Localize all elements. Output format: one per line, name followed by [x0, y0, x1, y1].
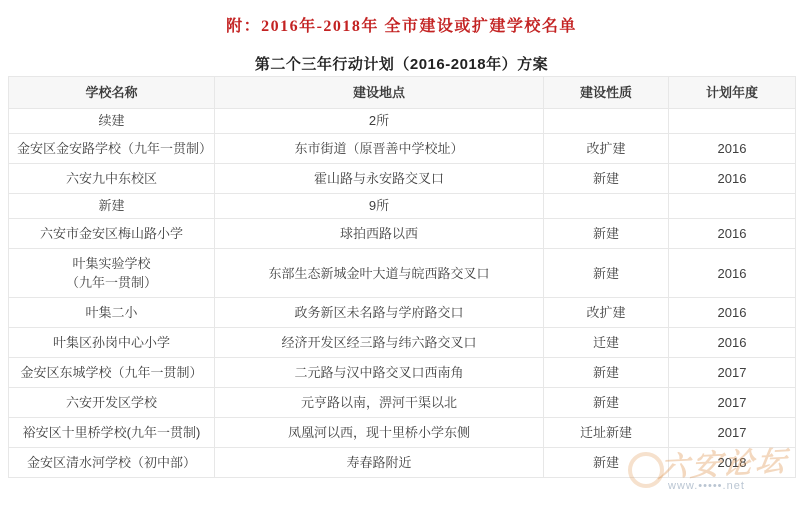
cell-year: 2016: [669, 164, 796, 194]
cell-nature: 新建: [544, 164, 669, 194]
cell-year: [669, 194, 796, 219]
table-row: 六安开发区学校元亨路以南，淠河干渠以北新建2017: [9, 388, 796, 418]
cell-year: 2017: [669, 418, 796, 448]
cell-location: 政务新区未名路与学府路交口: [215, 298, 544, 328]
cell-nature: 新建: [544, 358, 669, 388]
cell-location: 9所: [215, 194, 544, 219]
header-cell-3: 计划年度: [669, 77, 796, 109]
table-row: 六安九中东校区霍山路与永安路交叉口新建2016: [9, 164, 796, 194]
cell-location: 寿春路附近: [215, 448, 544, 478]
table-row: 金安区东城学校（九年一贯制）二元路与汉中路交叉口西南角新建2017: [9, 358, 796, 388]
cell-location: 2所: [215, 109, 544, 134]
page: { "page": { "title": "附：2016年-2018年 全市建设…: [0, 0, 803, 511]
cell-nature: 迁建: [544, 328, 669, 358]
cell-school-name: 金安区金安路学校（九年一贯制）: [9, 134, 215, 164]
cell-year: 2016: [669, 219, 796, 249]
cell-year: [669, 109, 796, 134]
cell-year: 2017: [669, 388, 796, 418]
table-row: 叶集二小政务新区未名路与学府路交口改扩建2016: [9, 298, 796, 328]
cell-year: 2016: [669, 328, 796, 358]
table-row: 叶集区孙岗中心小学经济开发区经三路与纬六路交叉口迁建2016: [9, 328, 796, 358]
header-cell-1: 建设地点: [215, 77, 544, 109]
cell-location: 球拍西路以西: [215, 219, 544, 249]
cell-nature: 新建: [544, 219, 669, 249]
table-row: 金安区清水河学校（初中部）寿春路附近新建2018: [9, 448, 796, 478]
table-row: 裕安区十里桥学校(九年一贯制)凤凰河以西，现十里桥小学东侧迁址新建2017: [9, 418, 796, 448]
cell-nature: 迁址新建: [544, 418, 669, 448]
cell-school-name: 叶集区孙岗中心小学: [9, 328, 215, 358]
cell-school-name: 续建: [9, 109, 215, 134]
cell-year: 2016: [669, 134, 796, 164]
header-cell-2: 建设性质: [544, 77, 669, 109]
cell-school-name: 金安区清水河学校（初中部）: [9, 448, 215, 478]
cell-nature: 改扩建: [544, 134, 669, 164]
cell-location: 二元路与汉中路交叉口西南角: [215, 358, 544, 388]
cell-location: 凤凰河以西，现十里桥小学东侧: [215, 418, 544, 448]
cell-nature: 新建: [544, 388, 669, 418]
cell-school-name: 金安区东城学校（九年一贯制）: [9, 358, 215, 388]
cell-nature: 新建: [544, 249, 669, 298]
cell-year: 2016: [669, 298, 796, 328]
table-body: 续建2所金安区金安路学校（九年一贯制）东市街道（原晋善中学校址）改扩建2016六…: [9, 109, 796, 478]
cell-nature: 改扩建: [544, 298, 669, 328]
cell-school-name: 六安市金安区梅山路小学: [9, 219, 215, 249]
cell-location: 东市街道（原晋善中学校址）: [215, 134, 544, 164]
cell-year: 2018: [669, 448, 796, 478]
table-row: 六安市金安区梅山路小学球拍西路以西新建2016: [9, 219, 796, 249]
table-row: 新建9所: [9, 194, 796, 219]
cell-school-name: 六安开发区学校: [9, 388, 215, 418]
watermark-url: www.•••••.net: [668, 480, 745, 492]
table-header-row: 学校名称建设地点建设性质计划年度: [9, 77, 796, 109]
cell-nature: [544, 109, 669, 134]
header-cell-0: 学校名称: [9, 77, 215, 109]
cell-location: 经济开发区经三路与纬六路交叉口: [215, 328, 544, 358]
table-row: 续建2所: [9, 109, 796, 134]
cell-nature: 新建: [544, 448, 669, 478]
cell-school-name: 叶集实验学校 （九年一贯制）: [9, 249, 215, 298]
cell-school-name: 新建: [9, 194, 215, 219]
cell-school-name: 裕安区十里桥学校(九年一贯制): [9, 418, 215, 448]
cell-nature: [544, 194, 669, 219]
cell-year: 2017: [669, 358, 796, 388]
table-row: 金安区金安路学校（九年一贯制）东市街道（原晋善中学校址）改扩建2016: [9, 134, 796, 164]
cell-location: 元亨路以南，淠河干渠以北: [215, 388, 544, 418]
cell-location: 东部生态新城金叶大道与皖西路交叉口: [215, 249, 544, 298]
cell-school-name: 六安九中东校区: [9, 164, 215, 194]
plan-subtitle: 第二个三年行动计划（2016-2018年）方案: [0, 53, 803, 74]
schools-table: 学校名称建设地点建设性质计划年度 续建2所金安区金安路学校（九年一贯制）东市街道…: [8, 76, 796, 478]
cell-year: 2016: [669, 249, 796, 298]
attachment-title: 附：2016年-2018年 全市建设或扩建学校名单: [0, 13, 803, 36]
table-row: 叶集实验学校 （九年一贯制）东部生态新城金叶大道与皖西路交叉口新建2016: [9, 249, 796, 298]
cell-school-name: 叶集二小: [9, 298, 215, 328]
cell-location: 霍山路与永安路交叉口: [215, 164, 544, 194]
